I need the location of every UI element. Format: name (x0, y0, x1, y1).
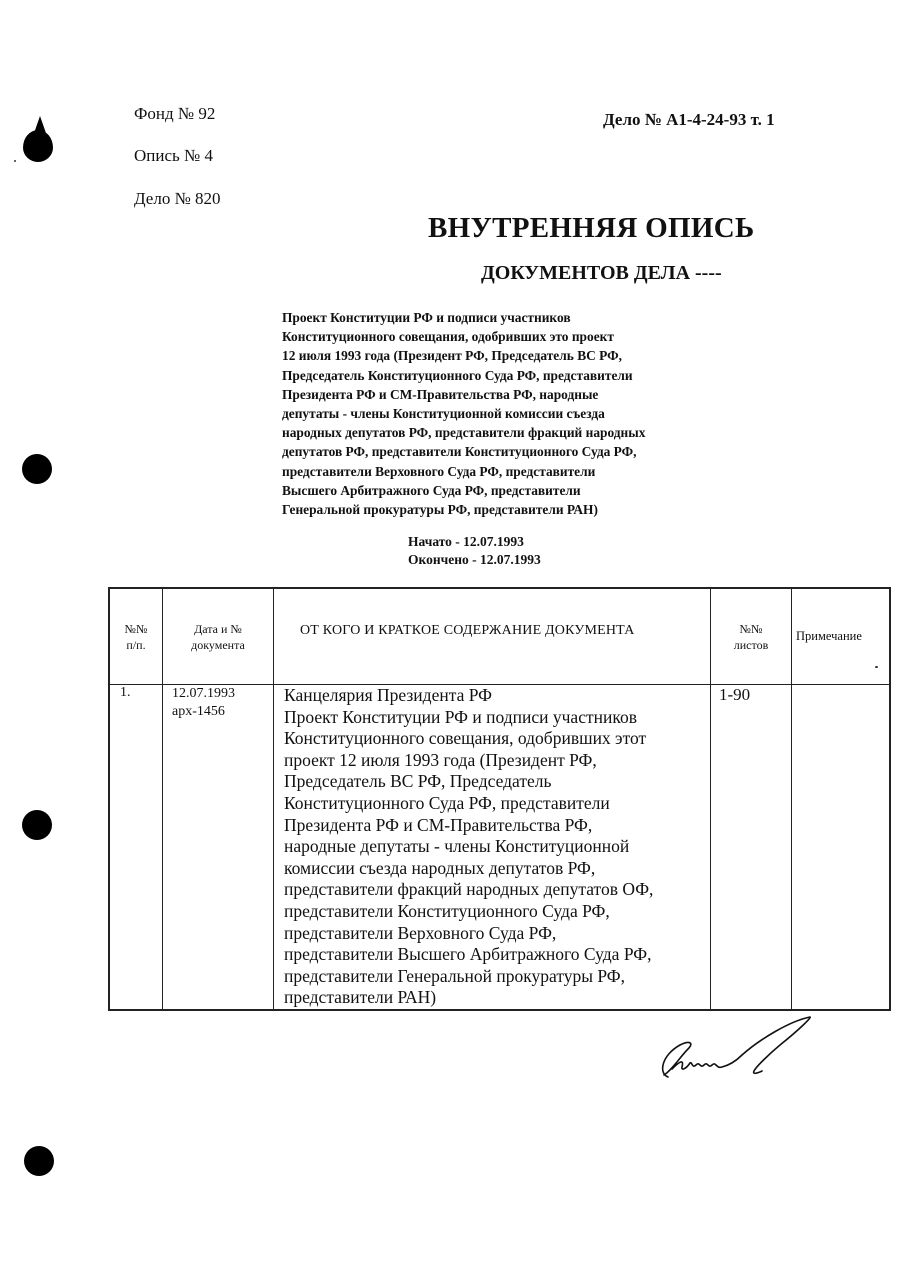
summary-line: депутаты - члены Конституционной комисси… (282, 404, 712, 423)
summary-line: Президента РФ и СМ-Правительства РФ, нар… (282, 385, 712, 404)
summary-line: Конституционного совещания, одобривших э… (282, 327, 712, 346)
table-row: 1. 12.07.1993 арх-1456 Канцелярия Презид… (109, 685, 890, 1010)
document-title: ВНУТРЕННЯЯ ОПИСЬ (428, 212, 754, 245)
header-document-date: Дата и № документа (163, 588, 274, 685)
date-started: Начато - 12.07.1993 (408, 533, 541, 551)
binder-hole-icon (23, 130, 53, 162)
row-doc-number: арх-1456 (172, 703, 273, 721)
summary-line: депутатов РФ, представители Конституцион… (282, 442, 712, 461)
summary-line: народных депутатов РФ, представители фра… (282, 423, 712, 442)
binder-hole-icon (22, 454, 52, 484)
header-item-number: №№ п/п. (109, 588, 163, 685)
summary-line: 12 июля 1993 года (Президент РФ, Председ… (282, 346, 712, 365)
summary-line: Председатель Конституционного Суда РФ, п… (282, 366, 712, 385)
table-header-row: №№ п/п. Дата и № документа ОТ КОГО И КРА… (109, 588, 890, 685)
signature-icon (650, 1015, 820, 1085)
binder-hole-icon (24, 1146, 54, 1176)
row-number: 1. (109, 685, 163, 1010)
header-note: Примечание (792, 588, 891, 685)
row-note (792, 685, 891, 1010)
date-range: Начато - 12.07.1993 Окончено - 12.07.199… (408, 533, 541, 569)
row-description: Канцелярия Президента РФ Проект Конститу… (274, 685, 711, 1010)
delo-number: Дело № 820 (134, 189, 221, 209)
fond-number: Фонд № 92 (134, 104, 215, 124)
summary-line: представители Верховного Суда РФ, предст… (282, 462, 712, 481)
header-sheet-numbers: №№ листов (711, 588, 792, 685)
inventory-table: №№ п/п. Дата и № документа ОТ КОГО И КРА… (108, 587, 891, 1011)
summary-line: Высшего Арбитражного Суда РФ, представит… (282, 481, 712, 500)
row-sheets: 1-90 (711, 685, 792, 1010)
row-date-and-number: 12.07.1993 арх-1456 (163, 685, 274, 1010)
opis-number: Опись № 4 (134, 146, 213, 166)
date-finished: Окончено - 12.07.1993 (408, 551, 541, 569)
summary-line: Генеральной прокуратуры РФ, представител… (282, 500, 712, 519)
row-date: 12.07.1993 (172, 685, 273, 703)
scan-speck (14, 160, 16, 162)
case-reference: Дело № А1-4-24-93 т. 1 (603, 110, 775, 130)
summary-line: Проект Конституции РФ и подписи участник… (282, 308, 712, 327)
header-content: ОТ КОГО И КРАТКОЕ СОДЕРЖАНИЕ ДОКУМЕНТА (274, 588, 711, 685)
document-subtitle: ДОКУМЕНТОВ ДЕЛА ---- (481, 262, 722, 285)
case-summary: Проект Конституции РФ и подписи участник… (282, 308, 712, 519)
binder-hole-icon (22, 810, 52, 840)
